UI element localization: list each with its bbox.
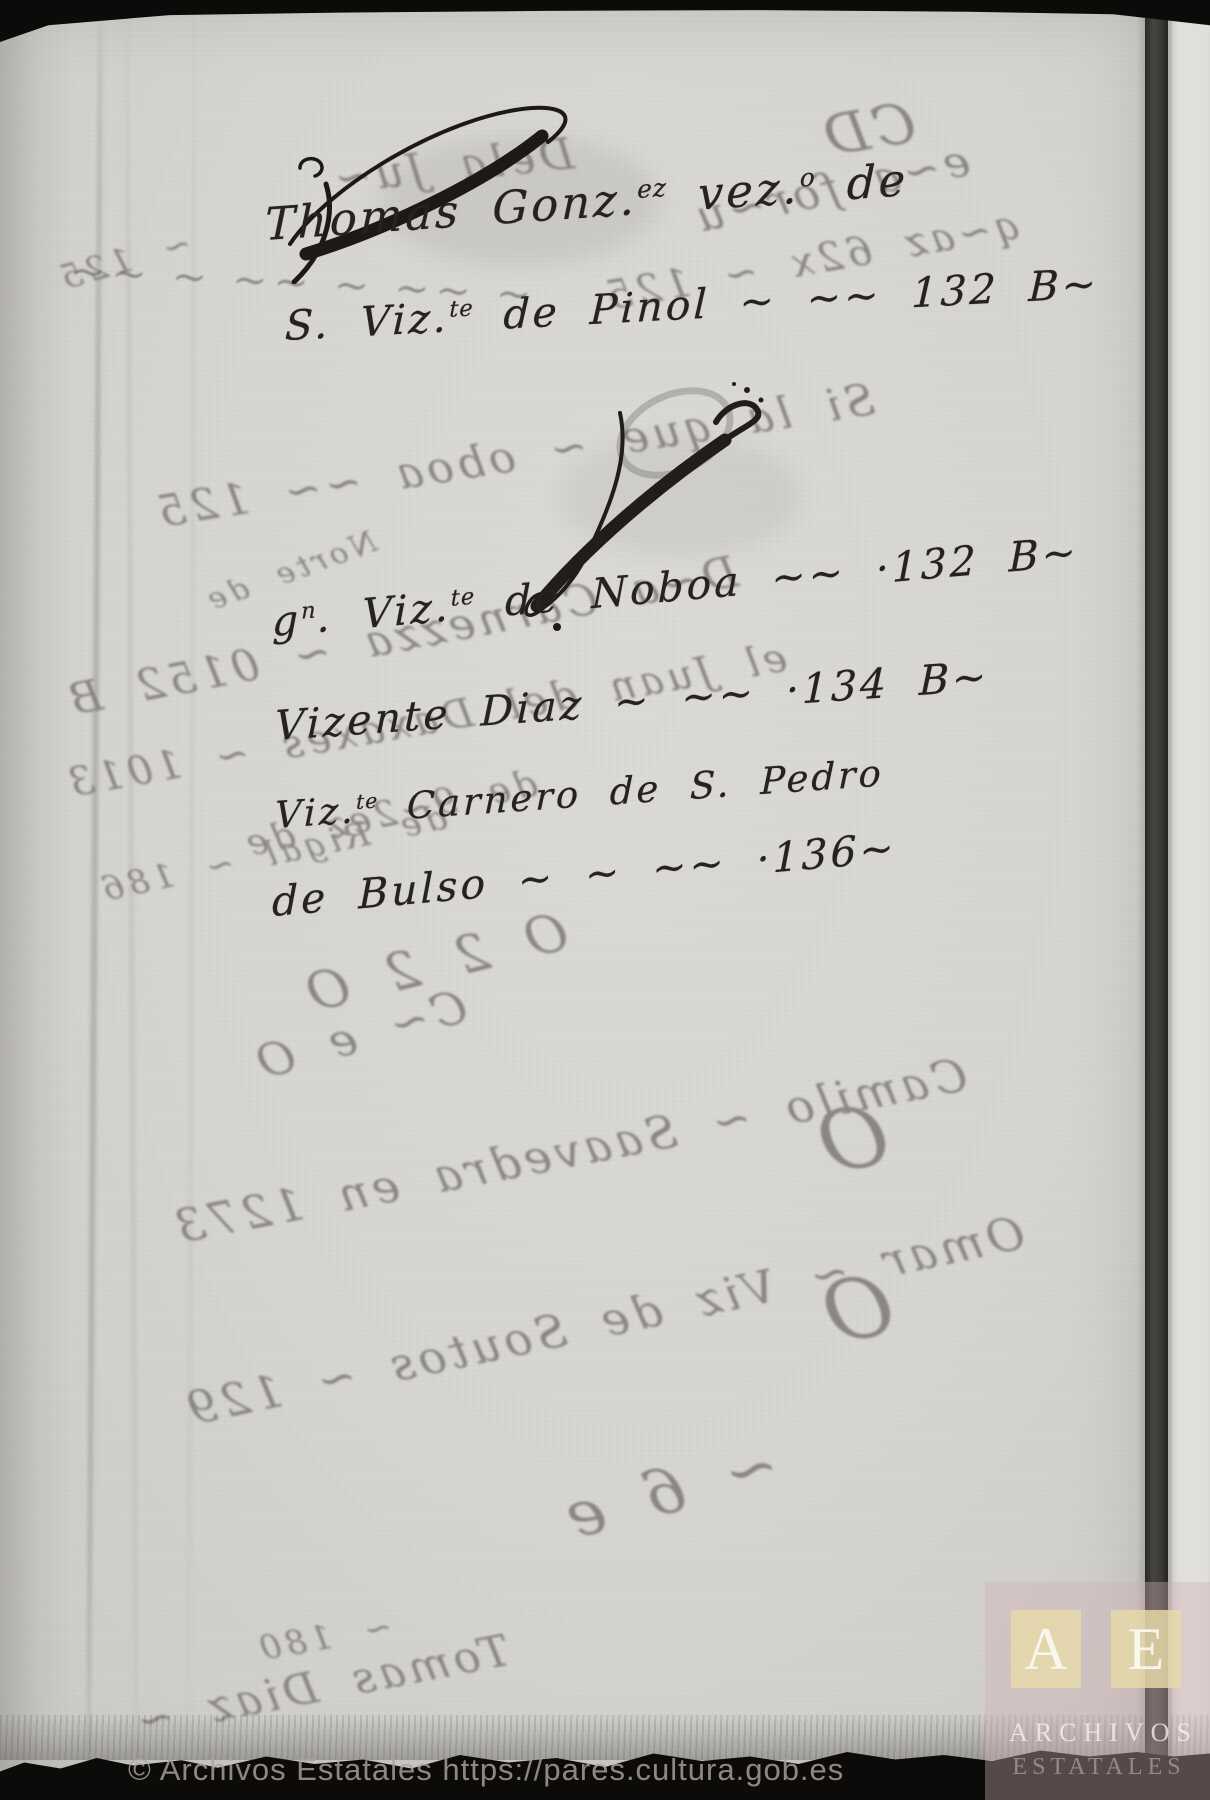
logo-letter-a: A: [1024, 1615, 1067, 1684]
manuscript-scan: Dela Ju~ CD e~a for~u q~az 62x ~ 125 ~ 1…: [0, 0, 1210, 1800]
page-edge-shadow: [1138, 6, 1172, 1800]
watermark-copyright: © Archivos Estatales https://pares.cultu…: [128, 1752, 844, 1788]
logo-text-archivos: ARCHIVOS: [1009, 1718, 1189, 1748]
next-page-edge: [1168, 8, 1210, 1800]
watermark-archivos-logo: A E ARCHIVOS ESTATALES: [985, 1582, 1210, 1800]
logo-square-a: A: [1011, 1610, 1081, 1688]
logo-square-e: E: [1111, 1610, 1181, 1688]
manuscript-page: Dela Ju~ CD e~a for~u q~az 62x ~ 125 ~ 1…: [0, 6, 1145, 1772]
logo-text-estatales: ESTATALES: [1003, 1754, 1195, 1781]
logo-letter-e: E: [1128, 1615, 1165, 1684]
